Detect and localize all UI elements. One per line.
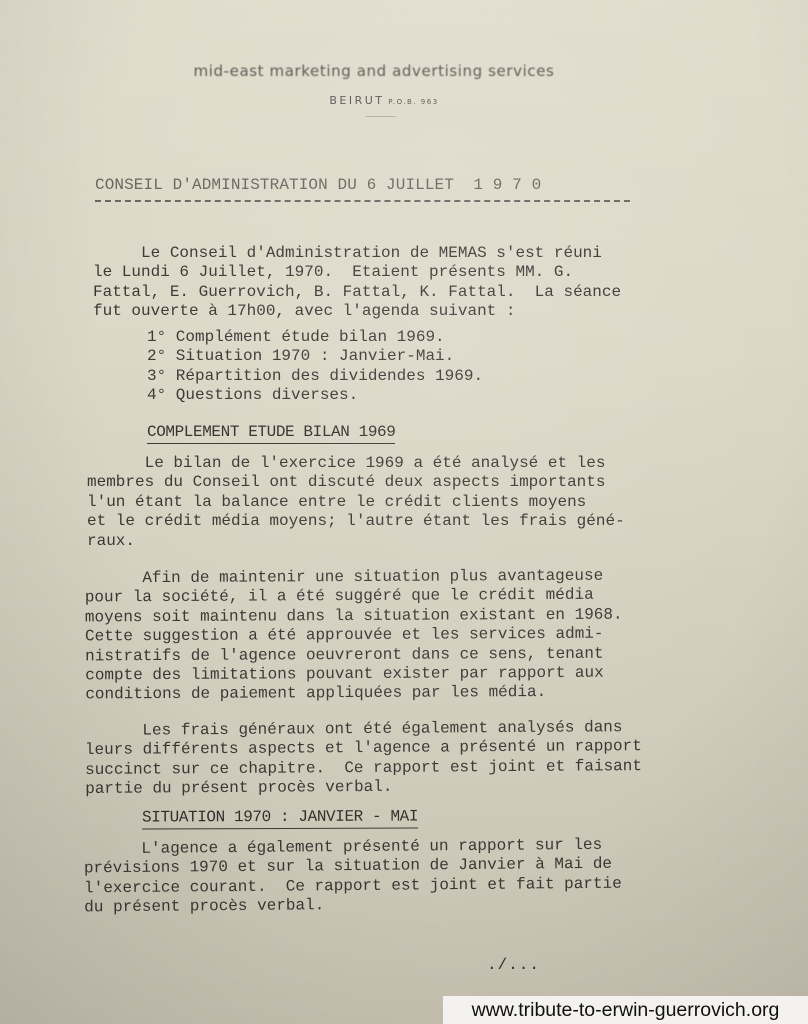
text-line: 2° Situation 1970 : Janvier-Mai. xyxy=(147,347,483,366)
text-line: partie du présent procès verbal. xyxy=(85,776,642,799)
text-line: Le bilan de l'exercice 1969 a été analys… xyxy=(87,454,625,473)
letterhead-rule xyxy=(366,116,396,117)
text-line: 1° Complément étude bilan 1969. xyxy=(147,328,483,347)
text-line: fut ouverte à 17h00, avec l'agenda suiva… xyxy=(93,302,621,321)
text-line: et le crédit média moyens; l'autre étant… xyxy=(87,512,625,531)
text-line: du présent procès verbal. xyxy=(84,894,622,918)
section-heading-situation: SITUATION 1970 : JANVIER - MAI xyxy=(142,808,418,830)
paragraph-bilan-1: Le bilan de l'exercice 1969 a été analys… xyxy=(87,454,625,551)
paragraph-situation-1: L'agence a également présenté un rapport… xyxy=(84,836,622,918)
watermark-link[interactable]: www.tribute-to-erwin-guerrovich.org xyxy=(443,996,808,1024)
continuation-mark: ./... xyxy=(487,956,540,974)
paragraph-bilan-2: Afin de maintenir une situation plus ava… xyxy=(85,567,623,706)
text-line: conditions de paiement appliquées par le… xyxy=(85,683,623,705)
text-line: le Lundi 6 Juillet, 1970. Etaient présen… xyxy=(93,263,621,282)
text-line: Cette suggestion a été approuvée et les … xyxy=(85,625,623,647)
agenda-list: 1° Complément étude bilan 1969.2° Situat… xyxy=(147,328,483,406)
paragraph-bilan-3: Les frais généraux ont été également ana… xyxy=(85,718,642,800)
section-heading-bilan: COMPLEMENT ETUDE BILAN 1969 xyxy=(147,423,395,444)
letterhead-company: mid-east marketing and advertising servi… xyxy=(0,62,778,80)
document-title: CONSEIL D'ADMINISTRATION DU 6 JUILLET 1 … xyxy=(95,176,541,194)
text-line: 3° Répartition des dividendes 1969. xyxy=(147,367,483,386)
intro-paragraph: Le Conseil d'Administration de MEMAS s'e… xyxy=(93,244,621,322)
text-line: membres du Conseil ont discuté deux aspe… xyxy=(87,473,625,492)
text-line: l'un étant la balance entre le crédit cl… xyxy=(87,493,625,512)
letterhead-city: BEIRUT xyxy=(329,94,384,107)
text-line: pour la société, il a été suggéré que le… xyxy=(85,586,623,608)
letterhead-address: BEIRUT P.O.B. 963 xyxy=(0,94,788,107)
title-dashed-rule xyxy=(95,200,630,202)
text-line: Fattal, E. Guerrovich, B. Fattal, K. Fat… xyxy=(93,283,621,302)
text-line: Le Conseil d'Administration de MEMAS s'e… xyxy=(93,244,621,263)
text-line: 4° Questions diverses. xyxy=(147,386,483,405)
letterhead-pob: P.O.B. 963 xyxy=(385,98,439,106)
text-line: raux. xyxy=(87,532,625,551)
